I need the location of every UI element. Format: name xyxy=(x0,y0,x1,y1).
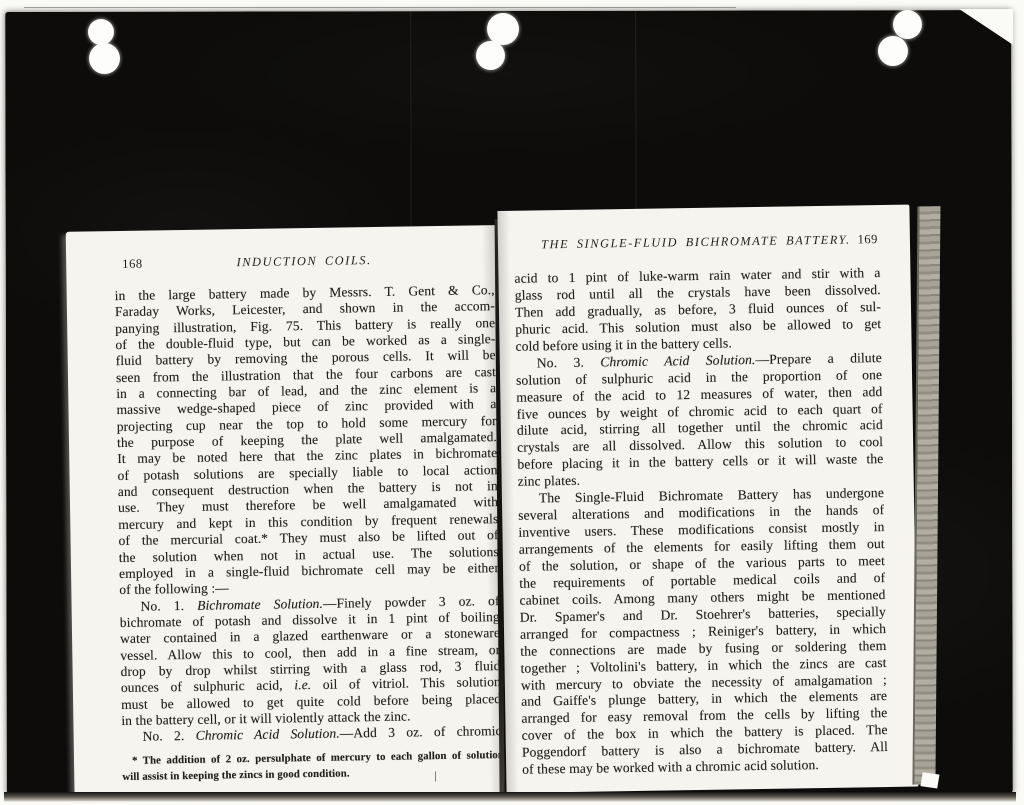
punch-hole-right-lower xyxy=(878,36,908,66)
right-page: THE SINGLE-FLUID BICHROMATE BATTERY. 169… xyxy=(497,205,918,793)
white-corner-notch xyxy=(959,9,1013,45)
signature-mark: | xyxy=(434,770,436,782)
punch-hole-left-upper xyxy=(88,19,114,45)
page-number: 169 xyxy=(857,232,878,247)
punch-hole-left-lower xyxy=(89,43,120,74)
scan-artifact-top-line xyxy=(24,7,736,8)
punch-hole-center-lower xyxy=(476,41,505,70)
right-page-body-text: acid to 1 pint of luke-warm rain water a… xyxy=(514,265,888,779)
footnote: * The addition of 2 oz. persulphate of m… xyxy=(122,748,504,785)
left-page: INDUCTION COILS. 168 in the large batter… xyxy=(66,225,505,799)
scan-crease-line xyxy=(635,11,636,226)
right-page-header: THE SINGLE-FLUID BICHROMATE BATTERY. 169 xyxy=(512,232,880,254)
scan-crease-line xyxy=(410,11,411,226)
book-page-edges xyxy=(912,206,940,785)
left-page-header: INDUCTION COILS. 168 xyxy=(114,251,494,273)
left-page-body-text: in the large battery made by Messrs. T. … xyxy=(115,282,502,746)
page-number: 168 xyxy=(122,257,143,272)
running-title: INDUCTION COILS. xyxy=(114,251,494,272)
scan-artifact-bottom-band xyxy=(4,792,1016,802)
open-book-spread: INDUCTION COILS. 168 in the large batter… xyxy=(63,204,942,800)
scanned-book-photocopy: INDUCTION COILS. 168 in the large batter… xyxy=(0,0,1024,805)
running-title: THE SINGLE-FLUID BICHROMATE BATTERY. xyxy=(512,232,880,253)
punch-hole-right-upper xyxy=(893,10,922,39)
